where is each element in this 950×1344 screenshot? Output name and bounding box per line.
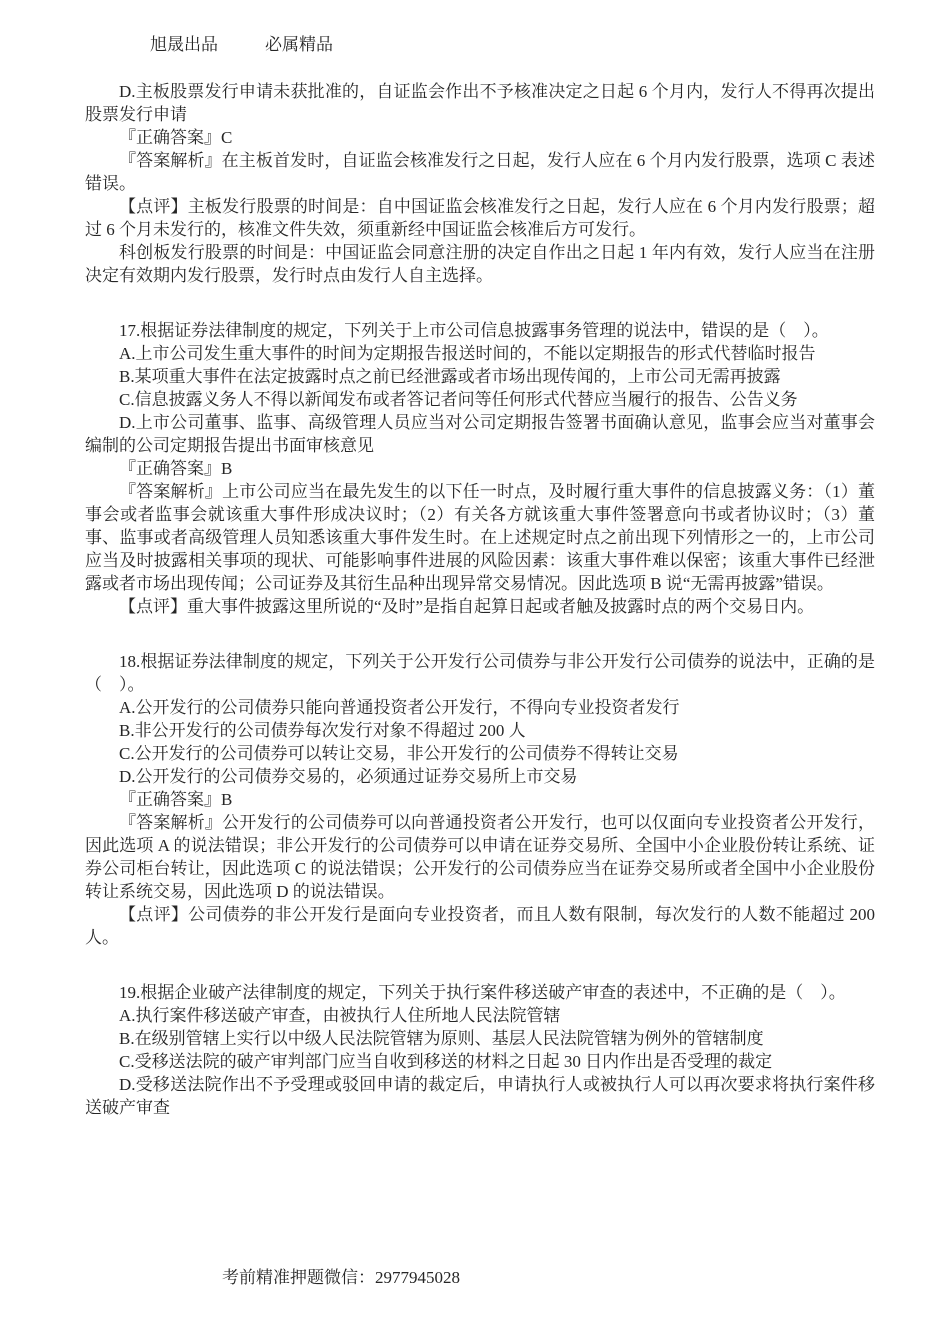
brand-right-text: 必属精品	[265, 35, 333, 54]
section-question-19: 19.根据企业破产法律制度的规定，下列关于执行案件移送破产审查的表述中，不正确的…	[85, 981, 875, 1119]
section-question-18: 18.根据证券法律制度的规定，下列关于公开发行公司债券与非公开发行公司债券的说法…	[85, 650, 875, 949]
q19-option-c: C.受移送法院的破产审判部门应当自收到移送的材料之日起 30 日内作出是否受理的…	[85, 1050, 875, 1073]
brand-left-text: 旭晟出品	[150, 35, 218, 54]
q17-answer-analysis: 『答案解析』上市公司应当在最先发生的以下任一时点，及时履行重大事件的信息披露义务…	[85, 480, 875, 595]
q18-answer-analysis: 『答案解析』公开发行的公司债券可以向普通投资者公开发行，也可以仅面向专业投资者公…	[85, 811, 875, 903]
q18-option-a: A.公开发行的公司债券只能向普通投资者公开发行，不得向专业投资者发行	[85, 696, 875, 719]
q18-comment: 【点评】公司债券的非公开发行是面向专业投资者，而且人数有限制，每次发行的人数不能…	[85, 903, 875, 949]
q18-option-c: C.公开发行的公司债券可以转让交易，非公开发行的公司债券不得转让交易	[85, 742, 875, 765]
q19-option-d: D.受移送法院作出不予受理或驳回申请的裁定后，申请执行人或被执行人可以再次要求将…	[85, 1073, 875, 1119]
document-content: D.主板股票发行申请未获批准的，自证监会作出不予核准决定之日起 6 个月内，发行…	[85, 80, 875, 1119]
q17-comment: 【点评】重大事件披露这里所说的“及时”是指自起算日起或者触及披露时点的两个交易日…	[85, 595, 875, 618]
q17-option-a: A.上市公司发生重大事件的时间为定期报告报送时间的，不能以定期报告的形式代替临时…	[85, 342, 875, 365]
q18-option-d: D.公开发行的公司债券交易的，必须通过证券交易所上市交易	[85, 765, 875, 788]
q18-correct-answer: 『正确答案』B	[85, 788, 875, 811]
q16-answer-analysis: 『答案解析』在主板首发时，自证监会核准发行之日起，发行人应在 6 个月内发行股票…	[85, 149, 875, 195]
q16-comment-star-market: 科创板发行股票的时间是：中国证监会同意注册的决定自作出之日起 1 年内有效，发行…	[85, 241, 875, 287]
q17-stem: 17.根据证券法律制度的规定，下列关于上市公司信息披露事务管理的说法中，错误的是…	[85, 319, 875, 342]
q16-comment-main-board: 【点评】主板发行股票的时间是：自中国证监会核准发行之日起，发行人应在 6 个月内…	[85, 195, 875, 241]
q19-option-b: B.在级别管辖上实行以中级人民法院管辖为原则、基层人民法院管辖为例外的管辖制度	[85, 1027, 875, 1050]
section-question-17: 17.根据证券法律制度的规定，下列关于上市公司信息披露事务管理的说法中，错误的是…	[85, 319, 875, 618]
q18-option-b: B.非公开发行的公司债券每次发行对象不得超过 200 人	[85, 719, 875, 742]
page-footer: 考前精准押题微信：2977945028	[222, 1266, 460, 1289]
q17-option-d: D.上市公司董事、监事、高级管理人员应当对公司定期报告签署书面确认意见，监事会应…	[85, 411, 875, 457]
q17-option-c: C.信息披露义务人不得以新闻发布或者答记者问等任何形式代替应当履行的报告、公告义…	[85, 388, 875, 411]
footer-contact: 考前精准押题微信：2977945028	[222, 1268, 460, 1287]
q19-stem: 19.根据企业破产法律制度的规定，下列关于执行案件移送破产审查的表述中，不正确的…	[85, 981, 875, 1004]
q19-option-a: A.执行案件移送破产审查，由被执行人住所地人民法院管辖	[85, 1004, 875, 1027]
q18-stem: 18.根据证券法律制度的规定，下列关于公开发行公司债券与非公开发行公司债券的说法…	[85, 650, 875, 696]
section-q16-answer: D.主板股票发行申请未获批准的，自证监会作出不予核准决定之日起 6 个月内，发行…	[85, 80, 875, 287]
page-header: 旭晟出品必属精品	[150, 33, 333, 56]
q17-correct-answer: 『正确答案』B	[85, 457, 875, 480]
q16-option-d: D.主板股票发行申请未获批准的，自证监会作出不予核准决定之日起 6 个月内，发行…	[85, 80, 875, 126]
q17-option-b: B.某项重大事件在法定披露时点之前已经泄露或者市场出现传闻的，上市公司无需再披露	[85, 365, 875, 388]
q16-correct-answer: 『正确答案』C	[85, 126, 875, 149]
document-page: 旭晟出品必属精品 D.主板股票发行申请未获批准的，自证监会作出不予核准决定之日起…	[0, 0, 950, 1344]
